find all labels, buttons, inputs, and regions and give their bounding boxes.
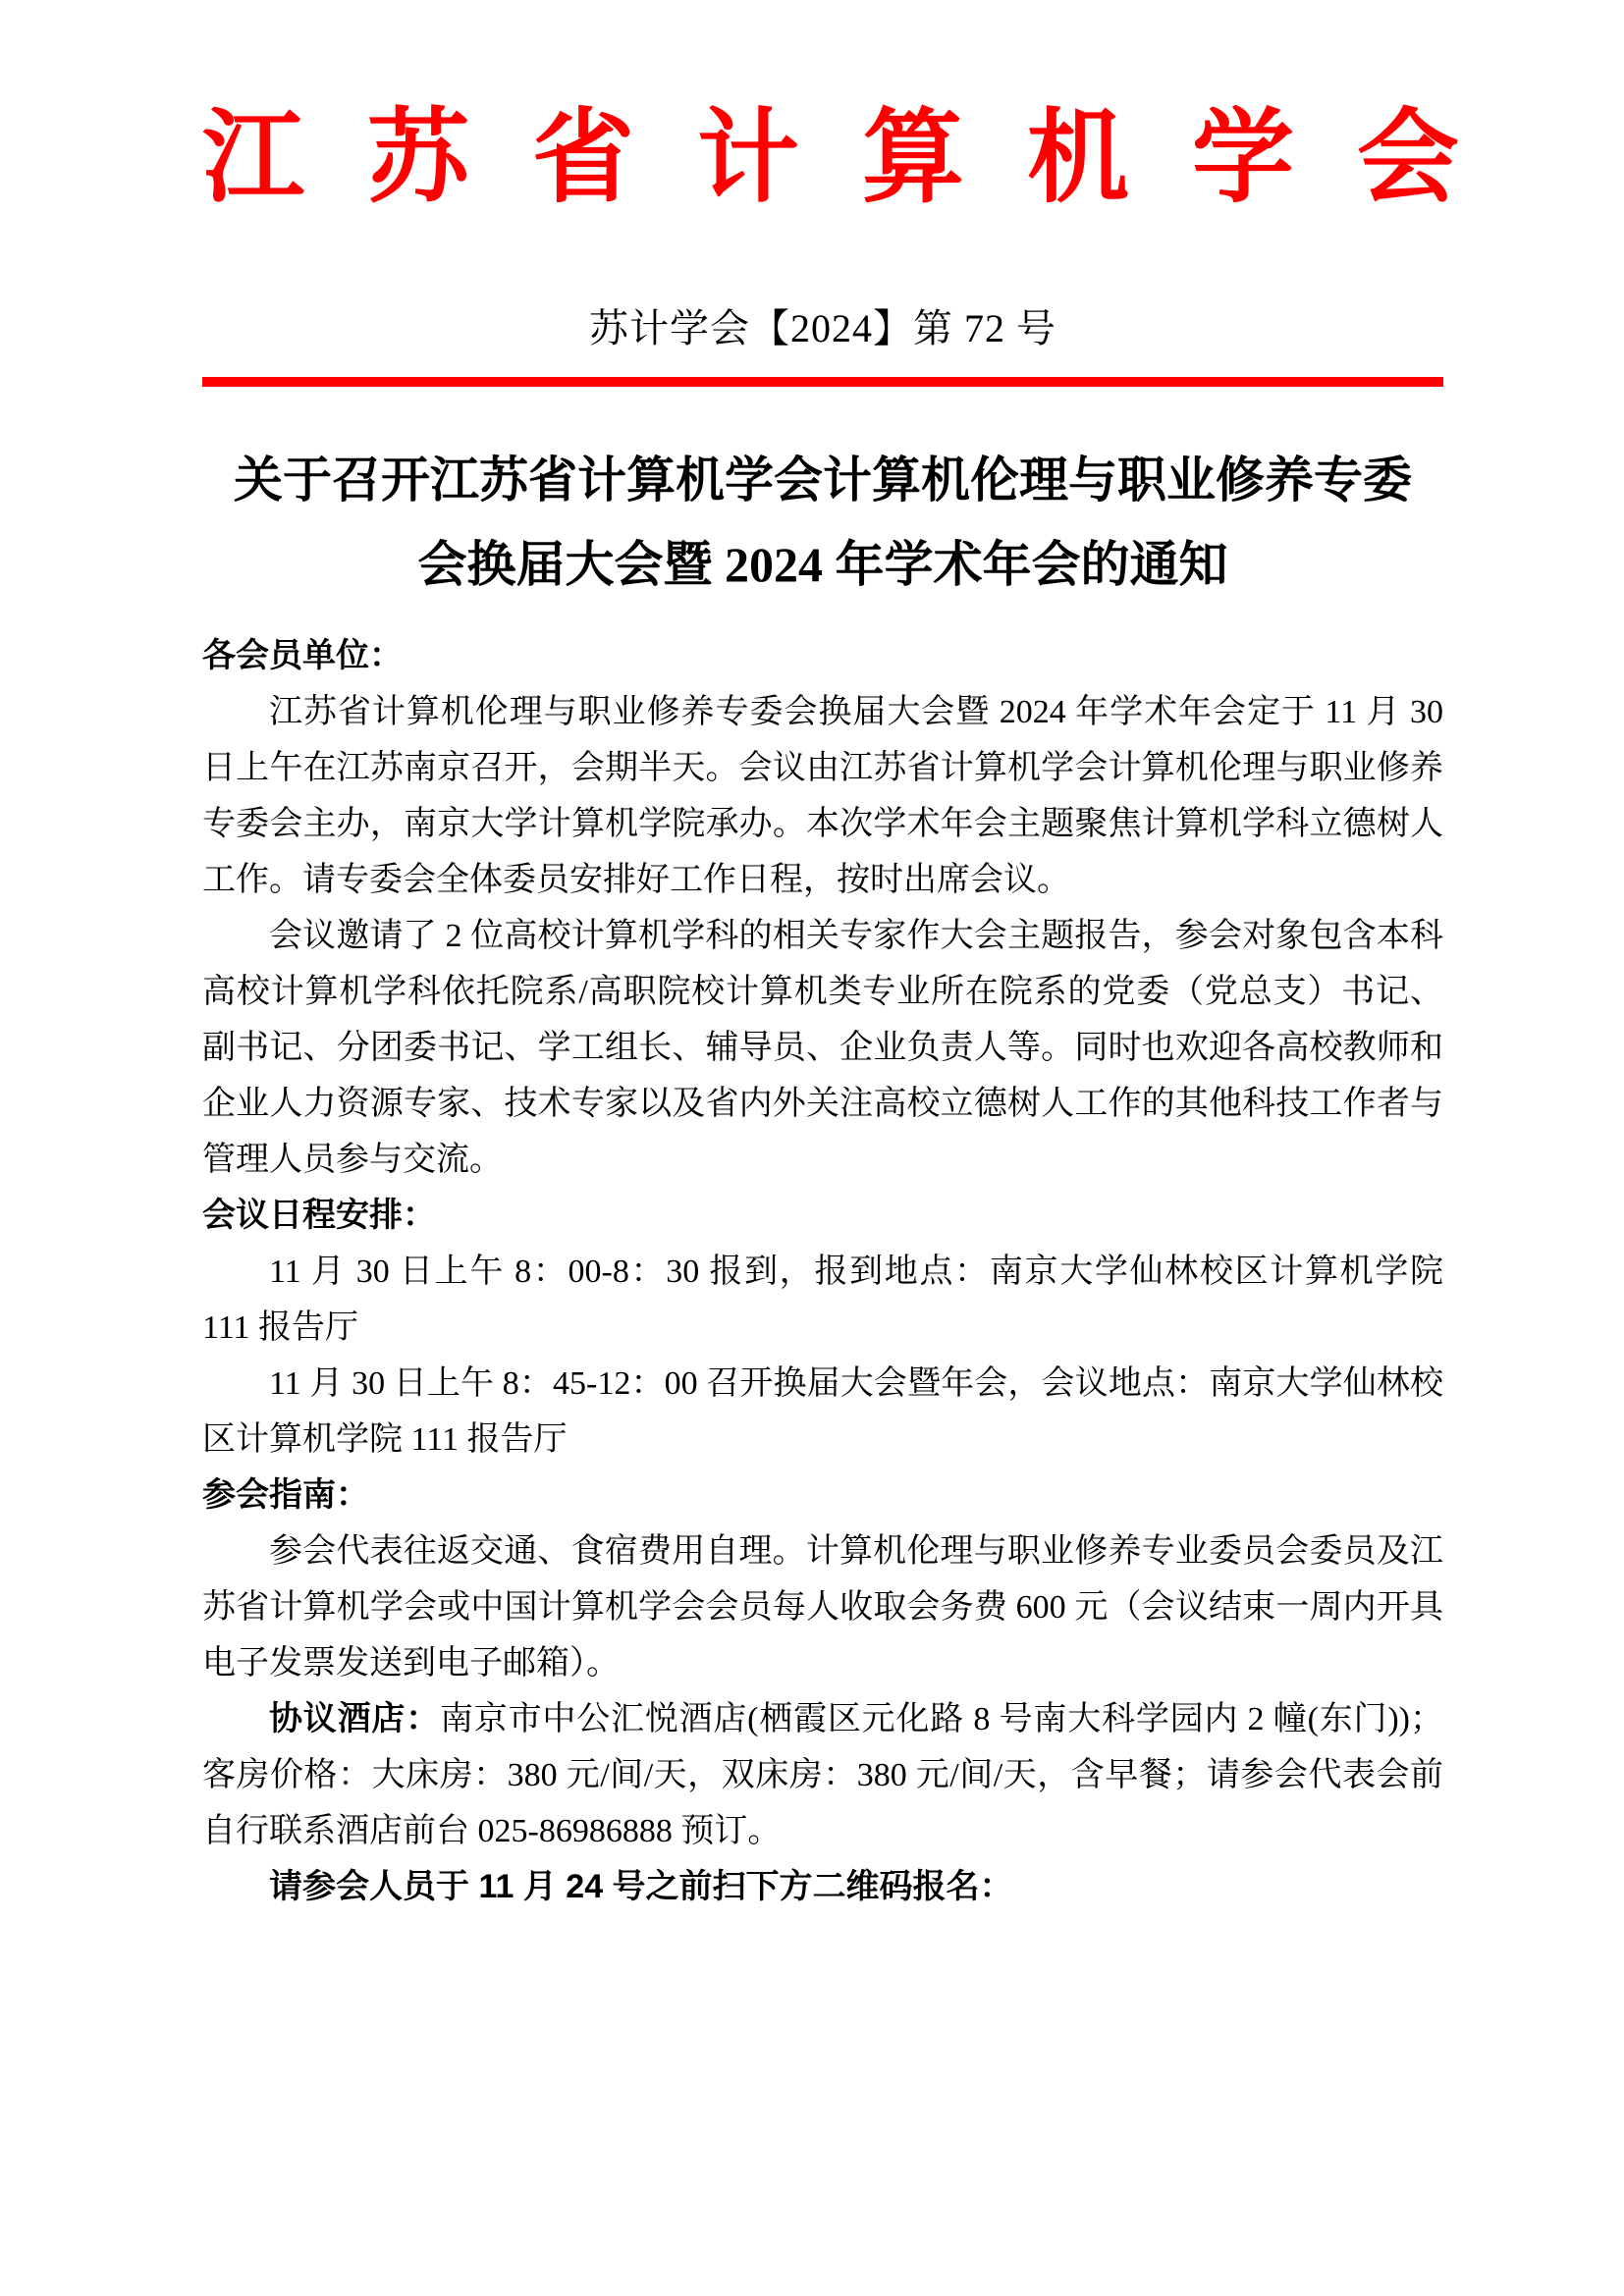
agenda-heading: 会议日程安排： (202, 1188, 1443, 1244)
notice-title-line-2: 会换届大会暨 2024 年学术年会的通知 (202, 522, 1443, 607)
notice-title: 关于召开江苏省计算机学会计算机伦理与职业修养专委 会换届大会暨 2024 年学术… (202, 438, 1443, 607)
intro-paragraph: 江苏省计算机伦理与职业修养专委会换届大会暨 2024 年学术年会定于 11 月 … (202, 684, 1443, 908)
fees-paragraph: 参会代表往返交通、食宿费用自理。计算机伦理与职业修养专业委员会委员及江苏省计算机… (202, 1523, 1443, 1691)
document-number: 苏计学会【2024】第 72 号 (202, 306, 1443, 351)
agenda-item-registration: 11 月 30 日上午 8：00-8：30 报到，报到地点：南京大学仙林校区计算… (202, 1244, 1443, 1356)
notice-document-page: 江 苏 省 计 算 机 学 会 苏计学会【2024】第 72 号 关于召开江苏省… (0, 0, 1624, 2296)
hotel-paragraph: 协议酒店：南京市中公汇悦酒店(栖霞区元化路 8 号南大科学园内 2 幢(东门))… (202, 1691, 1443, 1859)
salutation: 各会员单位： (202, 628, 1443, 684)
document-content: 江 苏 省 计 算 机 学 会 苏计学会【2024】第 72 号 关于召开江苏省… (0, 104, 1624, 1915)
organization-title: 江 苏 省 计 算 机 学 会 (202, 104, 1443, 214)
invitation-paragraph: 会议邀请了 2 位高校计算机学科的相关专家作大会主题报告，参会对象包含本科高校计… (202, 908, 1443, 1188)
guide-heading: 参会指南： (202, 1468, 1443, 1523)
registration-note: 请参会人员于 11 月 24 号之前扫下方二维码报名： (202, 1859, 1443, 1915)
red-divider-rule (202, 377, 1443, 387)
notice-body: 各会员单位： 江苏省计算机伦理与职业修养专委会换届大会暨 2024 年学术年会定… (202, 628, 1443, 1915)
agenda-item-meeting: 11 月 30 日上午 8：45-12：00 召开换届大会暨年会，会议地点：南京… (202, 1356, 1443, 1468)
hotel-label: 协议酒店： (269, 1700, 440, 1737)
notice-title-line-1: 关于召开江苏省计算机学会计算机伦理与职业修养专委 (202, 438, 1443, 522)
